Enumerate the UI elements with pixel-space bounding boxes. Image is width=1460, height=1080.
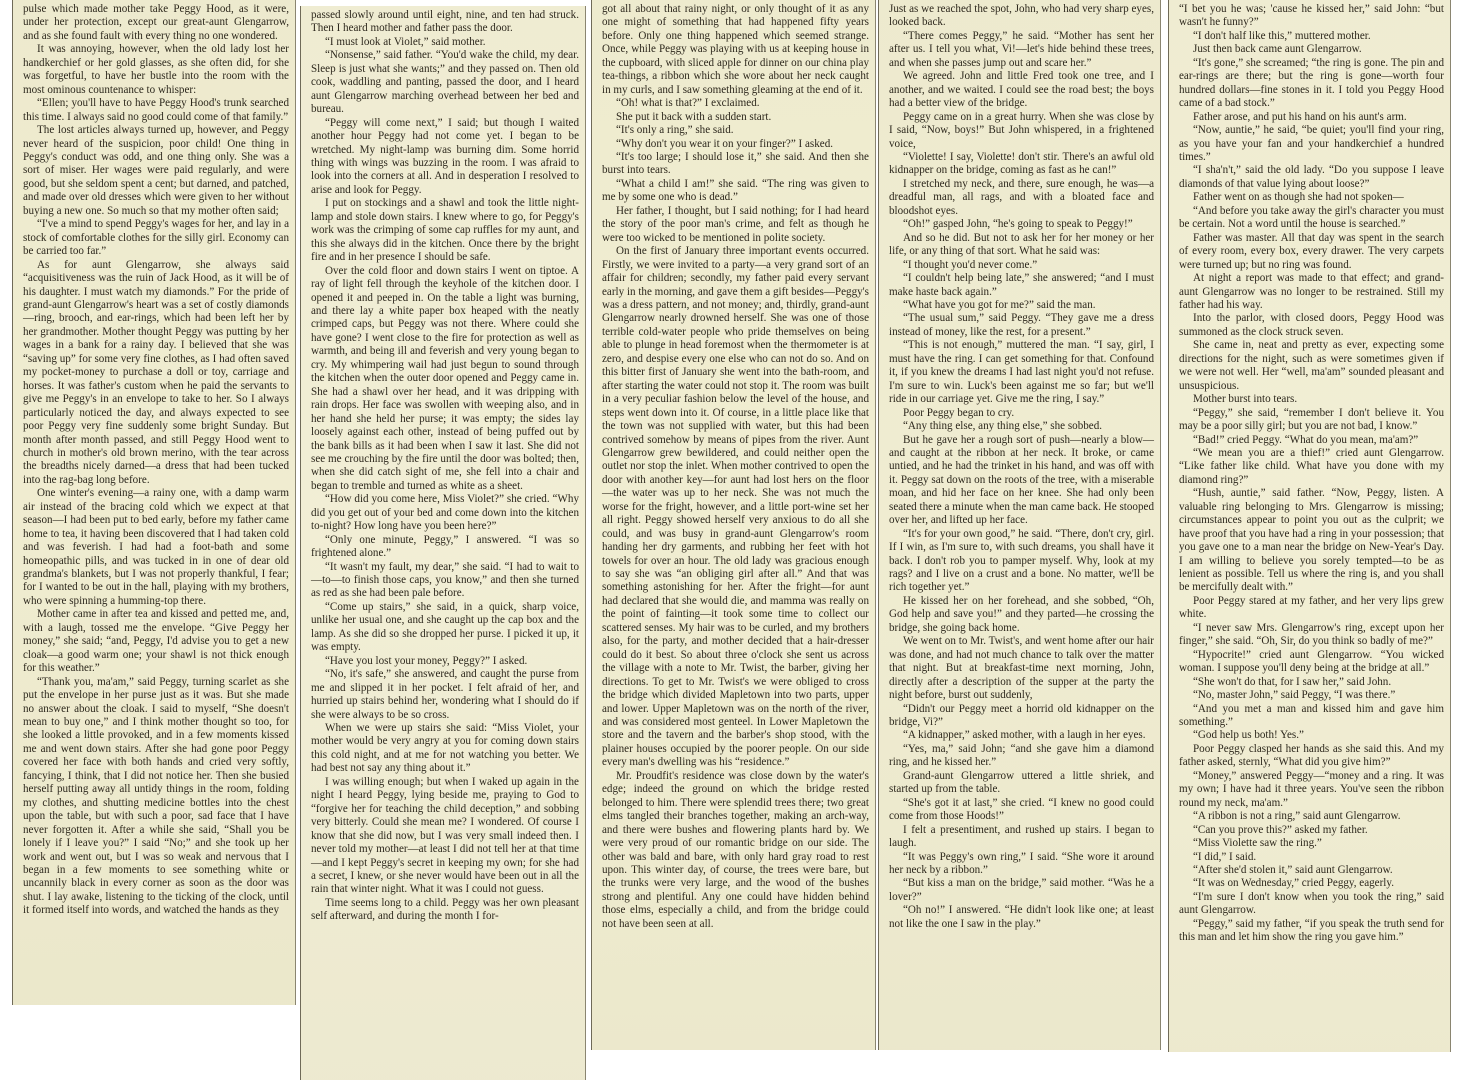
- paragraph: “This is not enough,” muttered the man. …: [889, 339, 1154, 406]
- paragraph: Her father, I thought, but I said nothin…: [602, 205, 869, 245]
- paragraph: “But kiss a man on the bridge,” said mot…: [889, 877, 1154, 904]
- paragraph: got all about that rainy night, or only …: [602, 3, 869, 97]
- paragraph: “She's got it at last,” she cried. “I kn…: [889, 797, 1154, 824]
- paragraph: passed slowly around until eight, nine, …: [311, 9, 579, 36]
- paragraph: Mother came in after tea and kissed and …: [23, 608, 289, 675]
- paragraph: “There comes Peggy,” he said. “Mother ha…: [889, 30, 1154, 70]
- paragraph: “I thought you'd never come.”: [889, 259, 1154, 272]
- paragraph: “Any thing else, any thing else,” she so…: [889, 420, 1154, 433]
- paragraph: “It was Peggy's own ring,” I said. “She …: [889, 851, 1154, 878]
- paragraph: Poor Peggy clasped her hands as she said…: [1179, 743, 1444, 770]
- paragraph: “Why don't you wear it on your finger?” …: [602, 138, 869, 151]
- paragraph: Poor Peggy stared at my father, and her …: [1179, 595, 1444, 622]
- paragraph: “Oh no!” I answered. “He didn't look lik…: [889, 904, 1154, 931]
- paragraph: “Peggy,” she said, “remember I don't bel…: [1179, 407, 1444, 434]
- paragraph: “I did,” I said.: [1179, 851, 1444, 864]
- paragraph: “She won't do that, for I saw her,” said…: [1179, 676, 1444, 689]
- paragraph: “It's too large; I should lose it,” she …: [602, 151, 869, 178]
- paragraph: “A kidnapper,” asked mother, with a laug…: [889, 729, 1154, 742]
- paragraph: Mother burst into tears.: [1179, 393, 1444, 406]
- paragraph: “Can you prove this?” asked my father.: [1179, 824, 1444, 837]
- text-column-5: “I bet you he was; 'cause he kissed her,…: [1168, 0, 1451, 1052]
- paragraph: “I never saw Mrs. Glengarrow's ring, exc…: [1179, 622, 1444, 649]
- paragraph: One winter's evening—a rainy one, with a…: [23, 487, 289, 608]
- paragraph: “Oh!” gasped John, “he's going to speak …: [889, 218, 1154, 231]
- paragraph: He kissed her on her forehead, and she s…: [889, 595, 1154, 635]
- paragraph: “What have you got for me?” said the man…: [889, 299, 1154, 312]
- text-column-2: passed slowly around until eight, nine, …: [300, 6, 586, 1080]
- paragraph: “It's for your own good,” he said. “Ther…: [889, 528, 1154, 595]
- paragraph: Time seems long to a child. Peggy was he…: [311, 897, 579, 924]
- paragraph: The lost articles always turned up, howe…: [23, 124, 289, 218]
- text-column-3: got all about that rainy night, or only …: [591, 0, 876, 1050]
- paragraph: “The usual sum,” said Peggy. “They gave …: [889, 312, 1154, 339]
- paragraph: On the first of January three important …: [602, 245, 869, 770]
- paragraph: “Peggy,” said my father, “if you speak t…: [1179, 918, 1444, 945]
- paragraph: Mr. Proudfit's residence was close down …: [602, 770, 869, 931]
- paragraph: “What a child I am!” she said. “The ring…: [602, 178, 869, 205]
- paragraph: “I bet you he was; 'cause he kissed her,…: [1179, 3, 1444, 30]
- paragraph: “It was on Wednesday,” cried Peggy, eage…: [1179, 877, 1444, 890]
- paragraph: “I couldn't help being late,” she answer…: [889, 272, 1154, 299]
- paragraph: “Hush, auntie,” said father. “Now, Peggy…: [1179, 487, 1444, 595]
- paragraph: Father arose, and put his hand on his au…: [1179, 111, 1444, 124]
- paragraph: As for aunt Glengarrow, she always said …: [23, 259, 289, 488]
- paragraph: “Peggy will come next,” I said; but thou…: [311, 117, 579, 198]
- paragraph: Just as we reached the spot, John, who h…: [889, 3, 1154, 30]
- paragraph: Grand-aunt Glengarrow uttered a little s…: [889, 770, 1154, 797]
- paragraph: “Money,” answered Peggy—“money and a rin…: [1179, 770, 1444, 810]
- paragraph: “It's only a ring,” she said.: [602, 124, 869, 137]
- paragraph: We agreed. John and little Fred took one…: [889, 70, 1154, 110]
- paragraph: It was annoying, however, when the old l…: [23, 43, 289, 97]
- paragraph: “Thank you, ma'am,” said Peggy, turning …: [23, 676, 289, 918]
- paragraph: “I sha'n't,” said the old lady. “Do you …: [1179, 164, 1444, 191]
- paragraph: “Ellen; you'll have to have Peggy Hood's…: [23, 97, 289, 124]
- paragraph: “We mean you are a thief!” cried aunt Gl…: [1179, 447, 1444, 487]
- paragraph: “A ribbon is not a ring,” said aunt Glen…: [1179, 810, 1444, 823]
- paragraph: But he gave her a rough sort of push—nea…: [889, 434, 1154, 528]
- page-margin-strip: [1451, 0, 1460, 1080]
- paragraph: Over the cold floor and down stairs I we…: [311, 265, 579, 494]
- paragraph: “I've a mind to spend Peggy's wages for …: [23, 218, 289, 258]
- paragraph: “I'm sure I don't know when you took the…: [1179, 891, 1444, 918]
- paragraph: We went on to Mr. Twist's, and went home…: [889, 635, 1154, 702]
- paragraph: “Now, auntie,” he said, “be quiet; you'l…: [1179, 124, 1444, 164]
- paragraph: I stretched my neck, and there, sure eno…: [889, 178, 1154, 218]
- text-column-4: Just as we reached the spot, John, who h…: [878, 0, 1161, 1050]
- paragraph: “Miss Violette saw the ring.”: [1179, 837, 1444, 850]
- paragraph: “How did you come here, Miss Violet?” sh…: [311, 493, 579, 533]
- text-column-1: pulse which made mother take Peggy Hood,…: [12, 0, 296, 1005]
- paragraph: Just then back came aunt Glengarrow.: [1179, 43, 1444, 56]
- paragraph: “I don't half like this,” muttered mothe…: [1179, 30, 1444, 43]
- paragraph: “It's gone,” she screamed; “the ring is …: [1179, 57, 1444, 111]
- paragraph: pulse which made mother take Peggy Hood,…: [23, 3, 289, 43]
- paragraph: “It wasn't my fault, my dear,” she said.…: [311, 561, 579, 601]
- paragraph: And so he did. But not to ask her for he…: [889, 232, 1154, 259]
- paragraph: “And you met a man and kissed him and ga…: [1179, 703, 1444, 730]
- paragraph: “Bad!” cried Peggy. “What do you mean, m…: [1179, 434, 1444, 447]
- paragraph: I was willing enough; but when I waked u…: [311, 776, 579, 897]
- paragraph: I put on stockings and a shawl and took …: [311, 197, 579, 264]
- paragraph: Into the parlor, with closed doors, Pegg…: [1179, 312, 1444, 339]
- paragraph: “Yes, ma,” said John; “and she gave him …: [889, 743, 1154, 770]
- paragraph: “Hypocrite!” cried aunt Glengarrow. “You…: [1179, 649, 1444, 676]
- paragraph: “Didn't our Peggy meet a horrid old kidn…: [889, 703, 1154, 730]
- paragraph: When we were up stairs she said: “Miss V…: [311, 722, 579, 776]
- paragraph: Poor Peggy began to cry.: [889, 407, 1154, 420]
- paragraph: Father was master. All that day was spen…: [1179, 232, 1444, 272]
- newspaper-page: pulse which made mother take Peggy Hood,…: [0, 0, 1460, 1080]
- paragraph: I felt a presentiment, and rushed up sta…: [889, 824, 1154, 851]
- paragraph: She came in, neat and pretty as ever, ex…: [1179, 339, 1444, 393]
- paragraph: “Nonsense,” said father. “You'd wake the…: [311, 49, 579, 116]
- paragraph: She put it back with a sudden start.: [602, 111, 869, 124]
- paragraph: “Only one minute, Peggy,” I answered. “I…: [311, 534, 579, 561]
- paragraph: Father went on as though she had not spo…: [1179, 191, 1444, 204]
- paragraph: At night a report was made to that effec…: [1179, 272, 1444, 312]
- paragraph: “Oh! what is that?” I exclaimed.: [602, 97, 869, 110]
- paragraph: “Come up stairs,” she said, in a quick, …: [311, 601, 579, 655]
- paragraph: “Have you lost your money, Peggy?” I ask…: [311, 655, 579, 668]
- paragraph: “I must look at Violet,” said mother.: [311, 36, 579, 49]
- paragraph: “And before you take away the girl's cha…: [1179, 205, 1444, 232]
- paragraph: “After she'd stolen it,” said aunt Gleng…: [1179, 864, 1444, 877]
- paragraph: “No, master John,” said Peggy, “I was th…: [1179, 689, 1444, 702]
- paragraph: Peggy came on in a great hurry. When she…: [889, 111, 1154, 151]
- paragraph: “Violette! I say, Violette! don't stir. …: [889, 151, 1154, 178]
- paragraph: “God help us both! Yes.”: [1179, 729, 1444, 742]
- paragraph: “No, it's safe,” she answered, and caugh…: [311, 668, 579, 722]
